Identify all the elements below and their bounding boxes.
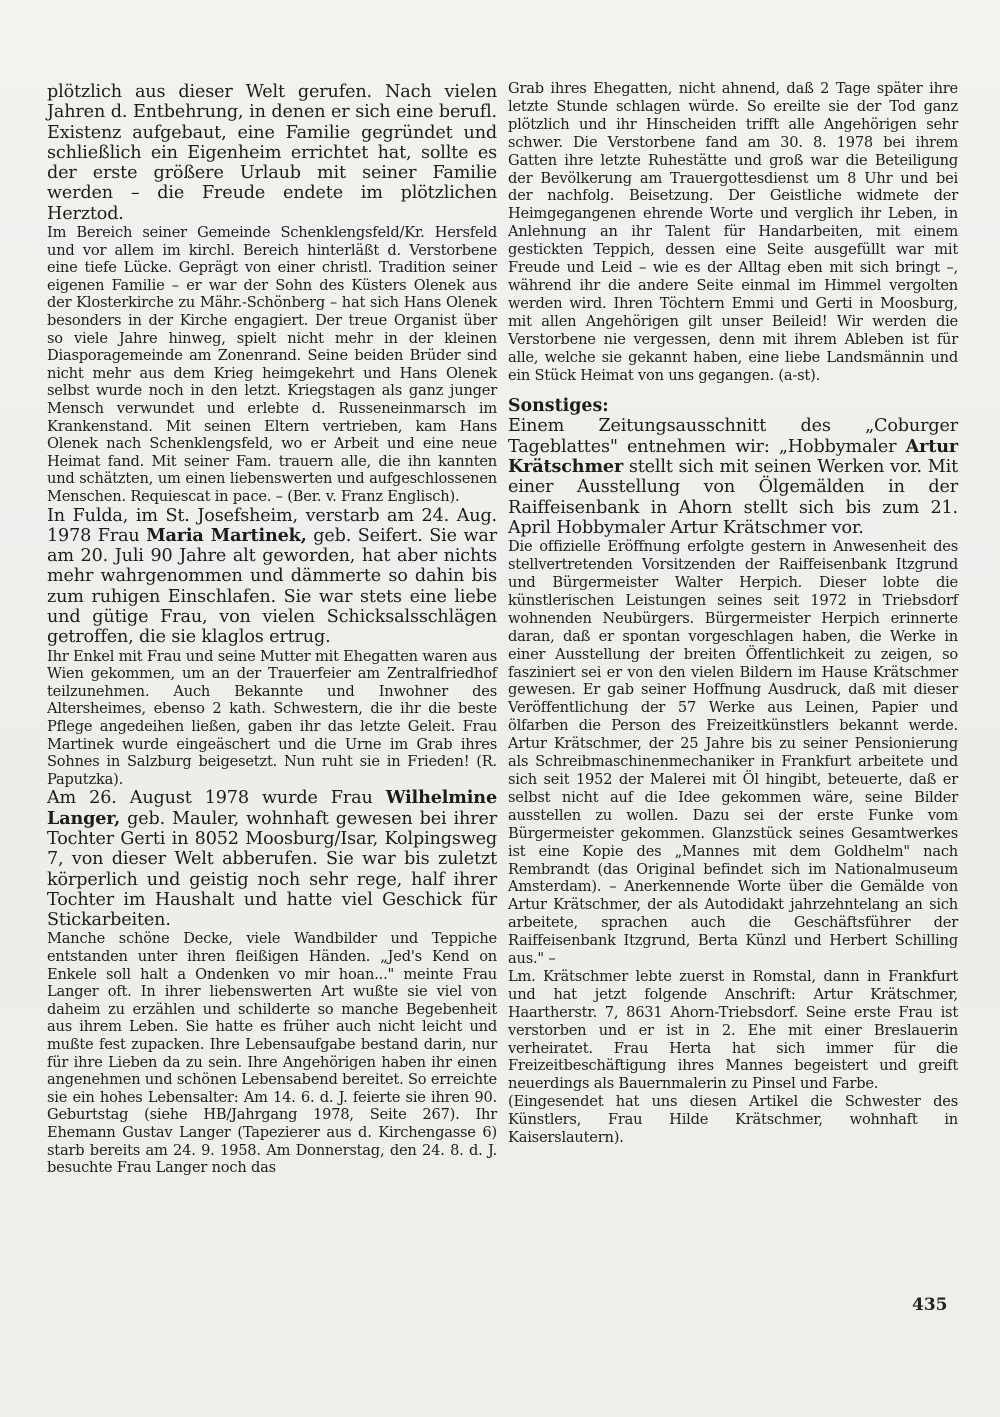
- kraetschmer-body: Die offizielle Eröffnung erfolgte gester…: [508, 538, 958, 968]
- section-heading-sonstiges: Sonstiges:: [508, 396, 958, 416]
- kraetschmer-address: Lm. Krätschmer lebte zuerst in Romstal, …: [508, 968, 958, 1093]
- kraetschmer-source-note: (Eingesendet hat uns diesen Artikel die …: [508, 1093, 958, 1147]
- page-number: 435: [912, 1295, 948, 1315]
- obituary-martinek-body: Ihr Enkel mit Frau und seine Mutter mit …: [47, 648, 497, 789]
- left-column: plötzlich aus dieser Welt gerufen. Nach …: [47, 82, 497, 1177]
- right-column: Grab ihres Ehegatten, nicht ahnend, daß …: [508, 80, 958, 1147]
- obituary-langer-continued: Grab ihres Ehegatten, nicht ahnend, daß …: [508, 80, 958, 384]
- obituary-langer-lead: Am 26. August 1978 wurde Frau Wilhelmine…: [47, 788, 497, 930]
- obituary-martinek-lead: In Fulda, im St. Josefsheim, verstarb am…: [47, 506, 497, 648]
- person-name-maria-martinek: Maria Martinek,: [146, 525, 307, 546]
- obituary-langer-body: Manche schöne Decke, viele Wandbilder un…: [47, 930, 497, 1176]
- kraetschmer-lead: Einem Zeitungsausschnitt des „Coburger T…: [508, 416, 958, 538]
- document-page: plötzlich aus dieser Welt gerufen. Nach …: [0, 0, 1000, 1417]
- obituary-olenek-lead: plötzlich aus dieser Welt gerufen. Nach …: [47, 82, 497, 224]
- obituary-olenek-body: Im Bereich seiner Gemeinde Schenklengsfe…: [47, 224, 497, 506]
